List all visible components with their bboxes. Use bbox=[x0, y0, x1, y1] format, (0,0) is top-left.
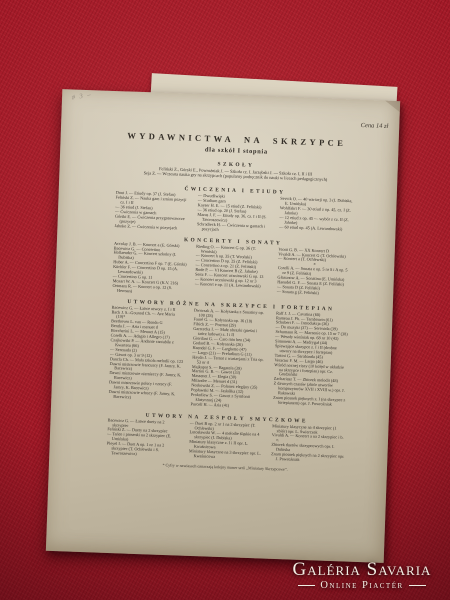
column: Dworzak A. — Kołysanka z Sonatiny op. 10… bbox=[190, 309, 267, 410]
catalog-page: # 3 – Cena 14 zł WYDAWNICTWA NA SKRZYPCE… bbox=[46, 89, 400, 563]
column: Sevcik O. — 40 wariacji op. 3 (I. Dubisk… bbox=[279, 197, 354, 237]
column: Rieding O. — Koncert G op. 36 (T. Wrońsk… bbox=[194, 245, 269, 299]
decorative-line bbox=[298, 585, 315, 586]
section-columns: Dont J. — Etiudy op. 37 (J. Stefan)Feliń… bbox=[115, 191, 354, 237]
page-content: # 3 – Cena 14 zł WYDAWNICTWA NA SKRZYPCE… bbox=[46, 89, 400, 563]
catalog-entry: Dawni mistrzowie włoscy (F. Jamry, K. Ba… bbox=[108, 390, 182, 402]
photo-background: # 3 – Cena 14 zł WYDAWNICTWA NA SKRZYPCE… bbox=[0, 0, 450, 600]
page-body: WYDAWNICTWA NA SKRZYPCE dla szkół I stop… bbox=[46, 89, 400, 563]
column: — Dwudźwięki— Studium gamKayser H. E. — … bbox=[197, 194, 272, 234]
column: Dont J. — Etiudy op. 37 (J. Stefan)Feliń… bbox=[115, 191, 190, 231]
section-cwiczenia: ĆWICZENIA I ETIUDY Dont J. — Etiudy op. … bbox=[115, 183, 354, 237]
section-utwory-rozne: UTWORY RÓŻNE NA SKRZYPCE I FORTEPIAN Bac… bbox=[108, 297, 350, 412]
catalog-entry: Pleyel I. — Duet A op. 1 nr 1 na 2 skrzy… bbox=[106, 442, 180, 459]
watermark-subtitle: Online Piactér bbox=[320, 580, 403, 591]
section-szkoly: SZKOŁY Feliński Z., Górski E., Powroźnia… bbox=[116, 157, 354, 183]
section-columns: Accolay J. B. — Koncert a (E. Górski)Bac… bbox=[112, 242, 352, 302]
section-columns: Bacewicz G. — Łatwe duety na 2 skrzypiec… bbox=[106, 418, 345, 464]
watermark: Galéria Savaria Online Piactér bbox=[276, 561, 448, 591]
catalog-entry: Schradieck H. — Ćwiczenia w gamach i poz… bbox=[197, 222, 271, 234]
footnote: * Cyfry w nawiasach oznaczają kolejny nu… bbox=[106, 461, 344, 474]
watermark-subtitle-row: Online Piactér bbox=[276, 580, 448, 591]
column: Bacewicz G. — Łatwe duety na 2 skrzypiec… bbox=[106, 418, 181, 458]
section-koncerty: KONCERTY I SONATY Accolay J. B. — Koncer… bbox=[112, 234, 352, 302]
catalog-entry: Miniatury klasyczne na 3 skrzypiec opr. … bbox=[189, 450, 263, 462]
catalog-entry: — 60 etiud op. 45 (A. Lewandowski) bbox=[279, 225, 353, 232]
column: Accolay J. B. — Koncert a (E. Górski)Bac… bbox=[112, 242, 187, 296]
section-zespoly: UTWORY NA ZESPOŁY SMYCZKOWE Bacewicz G. … bbox=[106, 410, 345, 464]
column: Miniatury klasyczne na 4 skrzypiec (1 zb… bbox=[271, 424, 346, 464]
column: — Duet B op. 2 nr 1 na 2 skrzypiec (T. O… bbox=[189, 421, 264, 461]
catalog-entry: Znam piosnek pięknych na 2 skrzypiec opr… bbox=[271, 453, 345, 465]
page-corner-fold bbox=[385, 101, 400, 113]
catalog-entry: — Koncert e op. 11 (A. Lewandowski) bbox=[195, 282, 269, 289]
catalog-entry: Znam piosnek pięknych z. I (na skrzypce … bbox=[273, 396, 347, 408]
catalog-entry: Jahnke Z. — Ćwiczenia w pozycjach bbox=[115, 224, 189, 231]
decorative-line bbox=[409, 585, 426, 586]
column: Bacewicz G. — Łatwe utwory z. I i IIBach… bbox=[108, 306, 185, 407]
column: Raff J. J. — Cavatina (68)Rameau J. Ph. … bbox=[273, 312, 350, 413]
section-columns: Bacewicz G. — Łatwe utwory z. I i IIBach… bbox=[108, 306, 349, 413]
column: Viotti G. B. — XX Koncert DVivaldi A. — … bbox=[277, 248, 352, 302]
watermark-title: Galéria Savaria bbox=[276, 561, 448, 579]
